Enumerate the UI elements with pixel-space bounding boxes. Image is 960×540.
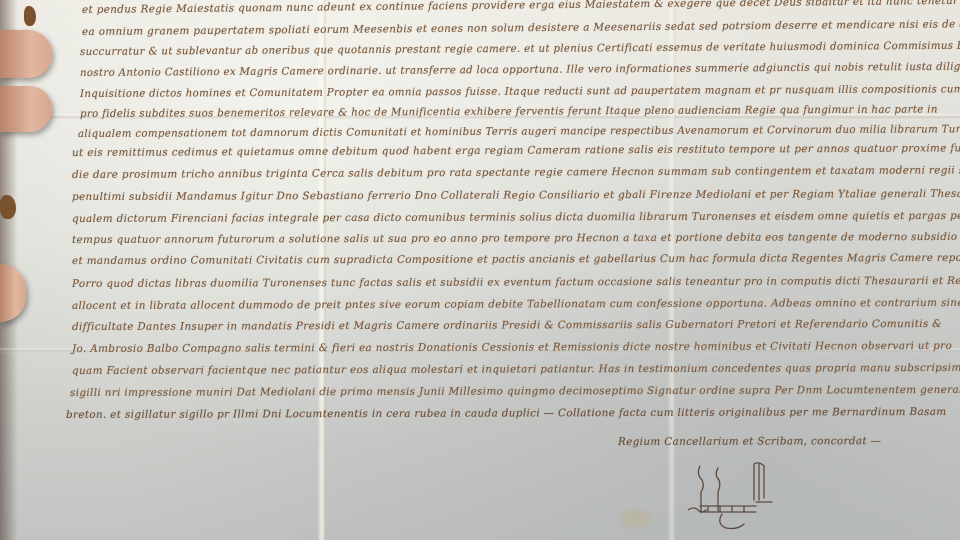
paper-tear [0, 195, 16, 219]
manuscript-line: succurratur & ut sublevantur ab oneribus… [80, 39, 960, 58]
manuscript-line: qualem dictorum Firenciani facias integr… [72, 210, 960, 225]
manuscript-line: ut eis remittimus cedimus et quietamus o… [72, 142, 960, 159]
holding-finger [0, 86, 52, 132]
vertical-fold [318, 0, 326, 540]
holding-finger [0, 30, 52, 78]
paper-tear [24, 6, 36, 26]
manuscript-line: aliqualem compensationem tot damnorum di… [78, 123, 960, 140]
manuscript-line: die dare prosimum tricho annibus trigint… [72, 164, 960, 181]
manuscript-line: nostro Antonio Castiliono ex Magris Came… [80, 61, 960, 79]
manuscript-line: et mandamus ordino Comunitati Civitatis … [72, 252, 960, 267]
manuscript-line: ea omnium granem paupertatem spoliati eo… [82, 17, 960, 38]
manuscript-line: Porro quod dictas libras duomilia Turone… [72, 275, 960, 290]
vertical-fold [668, 0, 676, 540]
manuscript-line-closing: Regium Cancellarium et Scribam, concorda… [618, 435, 881, 448]
paper-stain [618, 508, 652, 530]
manuscript-line: quam Facient observari facientque nec pa… [72, 362, 960, 377]
manuscript-line: sigilli nri impressione muniri Dat Medio… [70, 384, 960, 399]
manuscript-line: breton. et sigillatur sigillo pr Illmi D… [66, 406, 946, 421]
holding-finger [0, 264, 26, 322]
document-photo: et pendus Regie Maiestatis quonam nunc a… [0, 0, 960, 540]
manuscript-line: Inquisitione dictos homines et Comunitat… [80, 83, 960, 100]
manuscript-line: difficultate Dantes Insuper in mandatis … [72, 318, 942, 333]
manuscript-line: penultimi subsidii Mandamus Igitur Dno S… [72, 188, 960, 203]
notarial-signature-icon [688, 462, 778, 532]
manuscript-line: allocent et in librata allocent dummodo … [72, 297, 960, 312]
manuscript-line: et pendus Regie Maiestatis quonam nunc a… [82, 0, 960, 16]
manuscript-line: tempus quatuor annorum futurorum a solut… [72, 231, 960, 246]
